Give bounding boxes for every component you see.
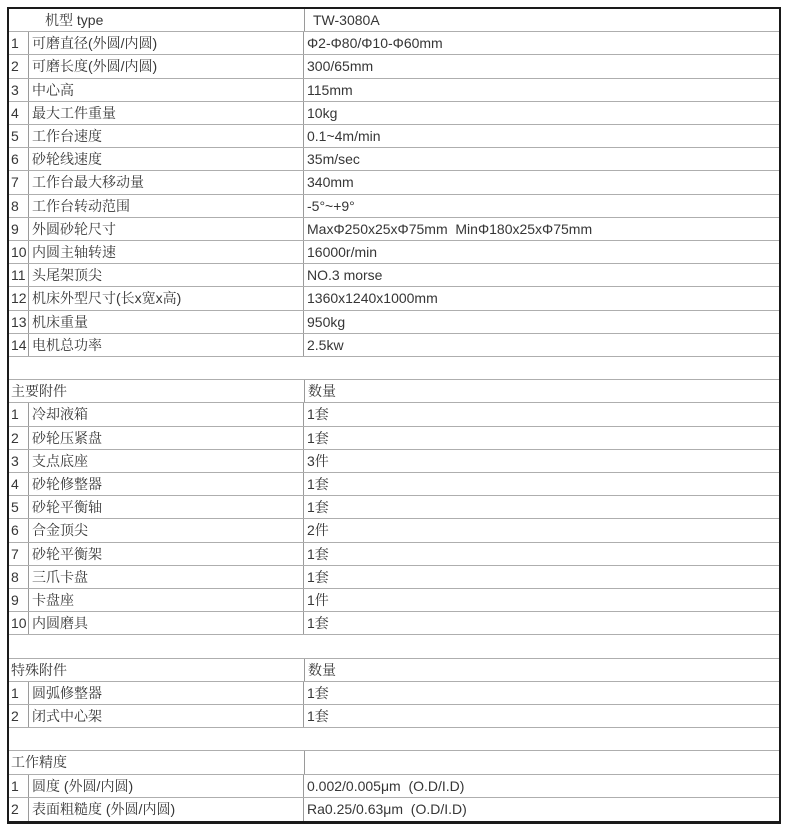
row-value: 1360x1240x1000mm — [304, 287, 779, 309]
row-label: 砂轮压紧盘 — [29, 427, 304, 449]
row-number: 7 — [9, 543, 29, 565]
row-number: 6 — [9, 148, 29, 170]
row-value: 0.002/0.005μm (O.D/I.D) — [304, 775, 779, 797]
row-value: 115mm — [304, 79, 779, 101]
section-gap-row — [9, 635, 779, 658]
row-value: 340mm — [304, 171, 779, 193]
row-number: 1 — [9, 775, 29, 797]
row-value: 300/65mm — [304, 55, 779, 77]
row-value: 1套 — [304, 705, 779, 727]
row-label: 可磨长度(外圆/内圆) — [29, 55, 304, 77]
table-row: 1冷却液箱1套 — [9, 403, 779, 426]
row-value: 1套 — [304, 682, 779, 704]
table-row: 8工作台转动范围-5°~+9° — [9, 195, 779, 218]
table-row: 9卡盘座1件 — [9, 589, 779, 612]
section-header-value: 数量 — [305, 659, 779, 681]
section-header-value — [305, 751, 779, 773]
row-number: 10 — [9, 612, 29, 634]
row-label: 砂轮平衡轴 — [29, 496, 304, 518]
section-header-value: TW-3080A — [305, 9, 779, 31]
row-number: 3 — [9, 450, 29, 472]
row-label: 头尾架顶尖 — [29, 264, 304, 286]
section-header-label: 机型 type — [9, 9, 305, 31]
work-precision-header-row: 工作精度 — [9, 751, 779, 774]
table-row: 10内圆磨具1套 — [9, 612, 779, 635]
row-number: 1 — [9, 682, 29, 704]
row-value: Ra0.25/0.63μm (O.D/I.D) — [304, 798, 779, 821]
row-number: 4 — [9, 102, 29, 124]
row-value: 35m/sec — [304, 148, 779, 170]
special-accessories-header-row: 特殊附件数量 — [9, 659, 779, 682]
row-label: 支点底座 — [29, 450, 304, 472]
row-label: 圆弧修整器 — [29, 682, 304, 704]
row-value: 1套 — [304, 427, 779, 449]
row-number: 11 — [9, 264, 29, 286]
table-row: 3中心高115mm — [9, 79, 779, 102]
row-number: 13 — [9, 311, 29, 333]
table-row: 5砂轮平衡轴1套 — [9, 496, 779, 519]
machine-spec-header-row: 机型 typeTW-3080A — [9, 9, 779, 32]
table-row: 12机床外型尺寸(长x宽x高)1360x1240x1000mm — [9, 287, 779, 310]
row-label: 三爪卡盘 — [29, 566, 304, 588]
spec-sheet-table: 机型 typeTW-3080A1可磨直径(外圆/内圆)Φ2-Φ80/Φ10-Φ6… — [7, 7, 781, 824]
table-row: 1圆度 (外圆/内圆)0.002/0.005μm (O.D/I.D) — [9, 775, 779, 798]
row-number: 2 — [9, 705, 29, 727]
table-row: 7砂轮平衡架1套 — [9, 543, 779, 566]
row-label: 中心高 — [29, 79, 304, 101]
table-row: 14电机总功率2.5kw — [9, 334, 779, 357]
table-row: 2表面粗糙度 (外圆/内圆)Ra0.25/0.63μm (O.D/I.D) — [9, 798, 779, 821]
row-label: 表面粗糙度 (外圆/内圆) — [29, 798, 304, 821]
row-label: 内圆主轴转速 — [29, 241, 304, 263]
table-row: 2闭式中心架1套 — [9, 705, 779, 728]
table-row: 4最大工件重量10kg — [9, 102, 779, 125]
row-value: 10kg — [304, 102, 779, 124]
row-number: 5 — [9, 496, 29, 518]
row-value: 3件 — [304, 450, 779, 472]
table-row: 6合金顶尖2件 — [9, 519, 779, 542]
row-number: 2 — [9, 798, 29, 821]
row-label: 最大工件重量 — [29, 102, 304, 124]
table-row: 4砂轮修整器1套 — [9, 473, 779, 496]
row-value: 2件 — [304, 519, 779, 541]
section-header-label: 特殊附件 — [9, 659, 305, 681]
row-value: -5°~+9° — [304, 195, 779, 217]
row-label: 冷却液箱 — [29, 403, 304, 425]
table-row: 2可磨长度(外圆/内圆)300/65mm — [9, 55, 779, 78]
table-row: 1可磨直径(外圆/内圆)Φ2-Φ80/Φ10-Φ60mm — [9, 32, 779, 55]
row-value: NO.3 morse — [304, 264, 779, 286]
row-value: 1套 — [304, 566, 779, 588]
row-label: 工作台最大移动量 — [29, 171, 304, 193]
row-label: 合金顶尖 — [29, 519, 304, 541]
section-header-value: 数量 — [305, 380, 779, 402]
row-label: 卡盘座 — [29, 589, 304, 611]
table-row: 10内圆主轴转速16000r/min — [9, 241, 779, 264]
row-number: 7 — [9, 171, 29, 193]
row-number: 12 — [9, 287, 29, 309]
row-number: 1 — [9, 32, 29, 54]
row-number: 4 — [9, 473, 29, 495]
row-label: 可磨直径(外圆/内圆) — [29, 32, 304, 54]
row-value: Φ2-Φ80/Φ10-Φ60mm — [304, 32, 779, 54]
row-number: 3 — [9, 79, 29, 101]
row-value: 1套 — [304, 496, 779, 518]
table-row: 3支点底座3件 — [9, 450, 779, 473]
row-value: MaxΦ250x25xΦ75mm MinΦ180x25xΦ75mm — [304, 218, 779, 240]
row-number: 2 — [9, 55, 29, 77]
row-value: 1套 — [304, 473, 779, 495]
row-value: 2.5kw — [304, 334, 779, 356]
row-number: 5 — [9, 125, 29, 147]
main-accessories-header-row: 主要附件数量 — [9, 380, 779, 403]
row-label: 工作台速度 — [29, 125, 304, 147]
row-label: 砂轮平衡架 — [29, 543, 304, 565]
section-gap-row — [9, 728, 779, 751]
row-number: 10 — [9, 241, 29, 263]
row-label: 机床外型尺寸(长x宽x高) — [29, 287, 304, 309]
row-label: 机床重量 — [29, 311, 304, 333]
row-label: 工作台转动范围 — [29, 195, 304, 217]
table-row: 6砂轮线速度35m/sec — [9, 148, 779, 171]
table-row: 11头尾架顶尖NO.3 morse — [9, 264, 779, 287]
section-header-label: 主要附件 — [9, 380, 305, 402]
row-number: 8 — [9, 195, 29, 217]
row-label: 内圆磨具 — [29, 612, 304, 634]
table-row: 13机床重量950kg — [9, 311, 779, 334]
row-label: 外圆砂轮尺寸 — [29, 218, 304, 240]
row-value: 1件 — [304, 589, 779, 611]
row-value: 0.1~4m/min — [304, 125, 779, 147]
table-row: 9外圆砂轮尺寸MaxΦ250x25xΦ75mm MinΦ180x25xΦ75mm — [9, 218, 779, 241]
table-row: 7工作台最大移动量340mm — [9, 171, 779, 194]
row-number: 9 — [9, 589, 29, 611]
section-header-label: 工作精度 — [9, 751, 305, 773]
row-number: 6 — [9, 519, 29, 541]
section-gap-row — [9, 357, 779, 380]
table-row: 2砂轮压紧盘1套 — [9, 427, 779, 450]
row-label: 电机总功率 — [29, 334, 304, 356]
table-row: 5工作台速度0.1~4m/min — [9, 125, 779, 148]
row-number: 8 — [9, 566, 29, 588]
row-number: 9 — [9, 218, 29, 240]
row-number: 14 — [9, 334, 29, 356]
row-number: 2 — [9, 427, 29, 449]
row-value: 16000r/min — [304, 241, 779, 263]
table-row: 8三爪卡盘1套 — [9, 566, 779, 589]
row-value: 1套 — [304, 403, 779, 425]
row-label: 圆度 (外圆/内圆) — [29, 775, 304, 797]
row-label: 砂轮修整器 — [29, 473, 304, 495]
row-label: 砂轮线速度 — [29, 148, 304, 170]
table-row: 1圆弧修整器1套 — [9, 682, 779, 705]
row-label: 闭式中心架 — [29, 705, 304, 727]
row-number: 1 — [9, 403, 29, 425]
row-value: 1套 — [304, 543, 779, 565]
row-value: 950kg — [304, 311, 779, 333]
row-value: 1套 — [304, 612, 779, 634]
